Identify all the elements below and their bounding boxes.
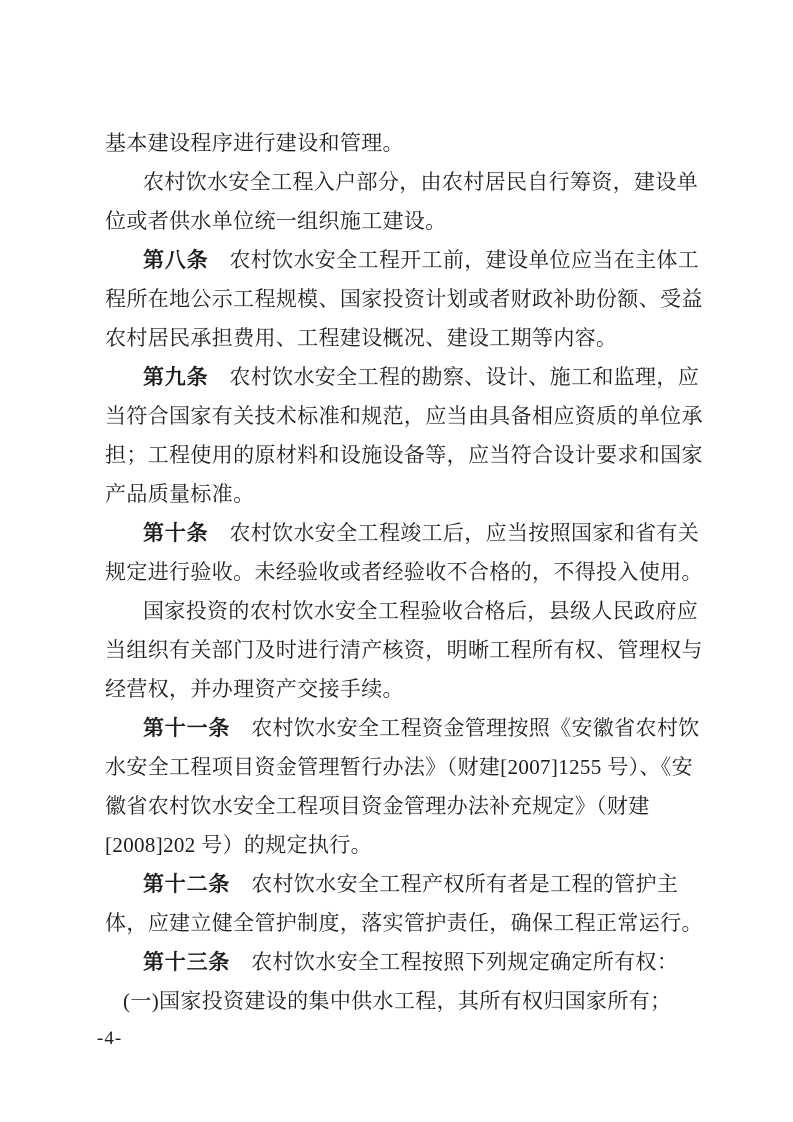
document-page: { "page": { "background": "#ffffff", "te… (0, 0, 793, 1122)
text-line: 水安全工程项目资金管理暂行办法》（财建[2007]1255 号）、《安 (105, 748, 745, 787)
text-run: 体，应建立健全管护制度，落实管护责任，确保工程正常运行。 (105, 911, 703, 935)
text-run: 国家投资的农村饮水安全工程验收合格后，县级人民政府应 (143, 599, 698, 623)
text-line: 当组织有关部门及时进行清产核资，明晰工程所有权、管理权与 (105, 631, 745, 670)
article-number: 第十三条 (143, 951, 230, 974)
text-line: 国家投资的农村饮水安全工程验收合格后，县级人民政府应 (105, 592, 745, 631)
text-run: 农村饮水安全工程的勘察、设计、施工和监理，应 (229, 365, 699, 389)
text-run: 程所在地公示工程规模、国家投资计划或者财政补助份额、受益 (105, 287, 703, 311)
text-run: 当组织有关部门及时进行清产核资，明晰工程所有权、管理权与 (105, 638, 703, 662)
text-run: 水安全工程项目资金管理暂行办法》（财建[2007]1255 号）、《安 (105, 755, 693, 779)
text-line: 担；工程使用的原材料和设施设备等，应当符合设计要求和国家 (105, 436, 745, 475)
text-run: [2008]202 号）的规定执行。 (105, 833, 372, 857)
text-line: 农村饮水安全工程入户部分，由农村居民自行筹资，建设单 (105, 163, 745, 202)
text-run: 农村饮水安全工程产权所有者是工程的管护主 (251, 872, 678, 896)
text-run: 位或者供水单位统一组织施工建设。 (105, 209, 447, 233)
text-line: 农村居民承担费用、工程建设概况、建设工期等内容。 (105, 319, 745, 358)
text-run: 规定进行验收。未经验收或者经验收不合格的，不得投入使用。 (105, 560, 703, 584)
text-run: 农村饮水安全工程资金管理按照《安徽省农村饮 (251, 716, 699, 740)
text-line: 基本建设程序进行建设和管理。 (105, 124, 745, 163)
page-number: -4- (97, 1027, 122, 1051)
text-line: 第十条农村饮水安全工程竣工后，应当按照国家和省有关 (105, 514, 745, 553)
text-run: 农村饮水安全工程入户部分，由农村居民自行筹资，建设单 (143, 170, 698, 194)
article-number: 第九条 (143, 366, 208, 389)
text-run: 徽省农村饮水安全工程项目资金管理办法补充规定》（财建 (105, 794, 650, 818)
article-number: 第十一条 (143, 717, 230, 740)
article-number: 第十条 (143, 522, 208, 545)
text-line: 经营权，并办理资产交接手续。 (105, 670, 745, 709)
text-line: 产品质量标准。 (105, 475, 745, 514)
text-line: [2008]202 号）的规定执行。 (105, 826, 745, 865)
text-line: 徽省农村饮水安全工程项目资金管理办法补充规定》（财建 (105, 787, 745, 826)
text-line: 第八条农村饮水安全工程开工前，建设单位应当在主体工 (105, 241, 745, 280)
text-line: 第十三条农村饮水安全工程按照下列规定确定所有权： (105, 943, 745, 982)
text-run: 农村饮水安全工程按照下列规定确定所有权： (251, 950, 678, 974)
article-number: 第十二条 (143, 873, 230, 896)
text-line: 位或者供水单位统一组织施工建设。 (105, 202, 745, 241)
text-run: 农村饮水安全工程开工前，建设单位应当在主体工 (229, 248, 699, 272)
text-run: 经营权，并办理资产交接手续。 (105, 677, 404, 701)
text-line: 体，应建立健全管护制度，落实管护责任，确保工程正常运行。 (105, 904, 745, 943)
text-run: 基本建设程序进行建设和管理。 (105, 131, 404, 155)
text-line: 第九条农村饮水安全工程的勘察、设计、施工和监理，应 (105, 358, 745, 397)
text-run: 产品质量标准。 (105, 482, 254, 506)
text-line: (一)国家投资建设的集中供水工程，其所有权归国家所有； (105, 982, 745, 1021)
text-line: 第十一条农村饮水安全工程资金管理按照《安徽省农村饮 (105, 709, 745, 748)
text-line: 程所在地公示工程规模、国家投资计划或者财政补助份额、受益 (105, 280, 745, 319)
text-run: 农村饮水安全工程竣工后，应当按照国家和省有关 (229, 521, 699, 545)
text-run: 担；工程使用的原材料和设施设备等，应当符合设计要求和国家 (105, 443, 703, 467)
text-line: 第十二条农村饮水安全工程产权所有者是工程的管护主 (105, 865, 745, 904)
text-line: 规定进行验收。未经验收或者经验收不合格的，不得投入使用。 (105, 553, 745, 592)
text-run: 农村居民承担费用、工程建设概况、建设工期等内容。 (105, 326, 617, 350)
text-run: (一)国家投资建设的集中供水工程，其所有权归国家所有； (123, 989, 671, 1013)
article-number: 第八条 (143, 249, 208, 272)
text-line: 当符合国家有关技术标准和规范，应当由具备相应资质的单位承 (105, 397, 745, 436)
document-body: 基本建设程序进行建设和管理。农村饮水安全工程入户部分，由农村居民自行筹资，建设单… (105, 124, 745, 1021)
text-run: 当符合国家有关技术标准和规范，应当由具备相应资质的单位承 (105, 404, 703, 428)
